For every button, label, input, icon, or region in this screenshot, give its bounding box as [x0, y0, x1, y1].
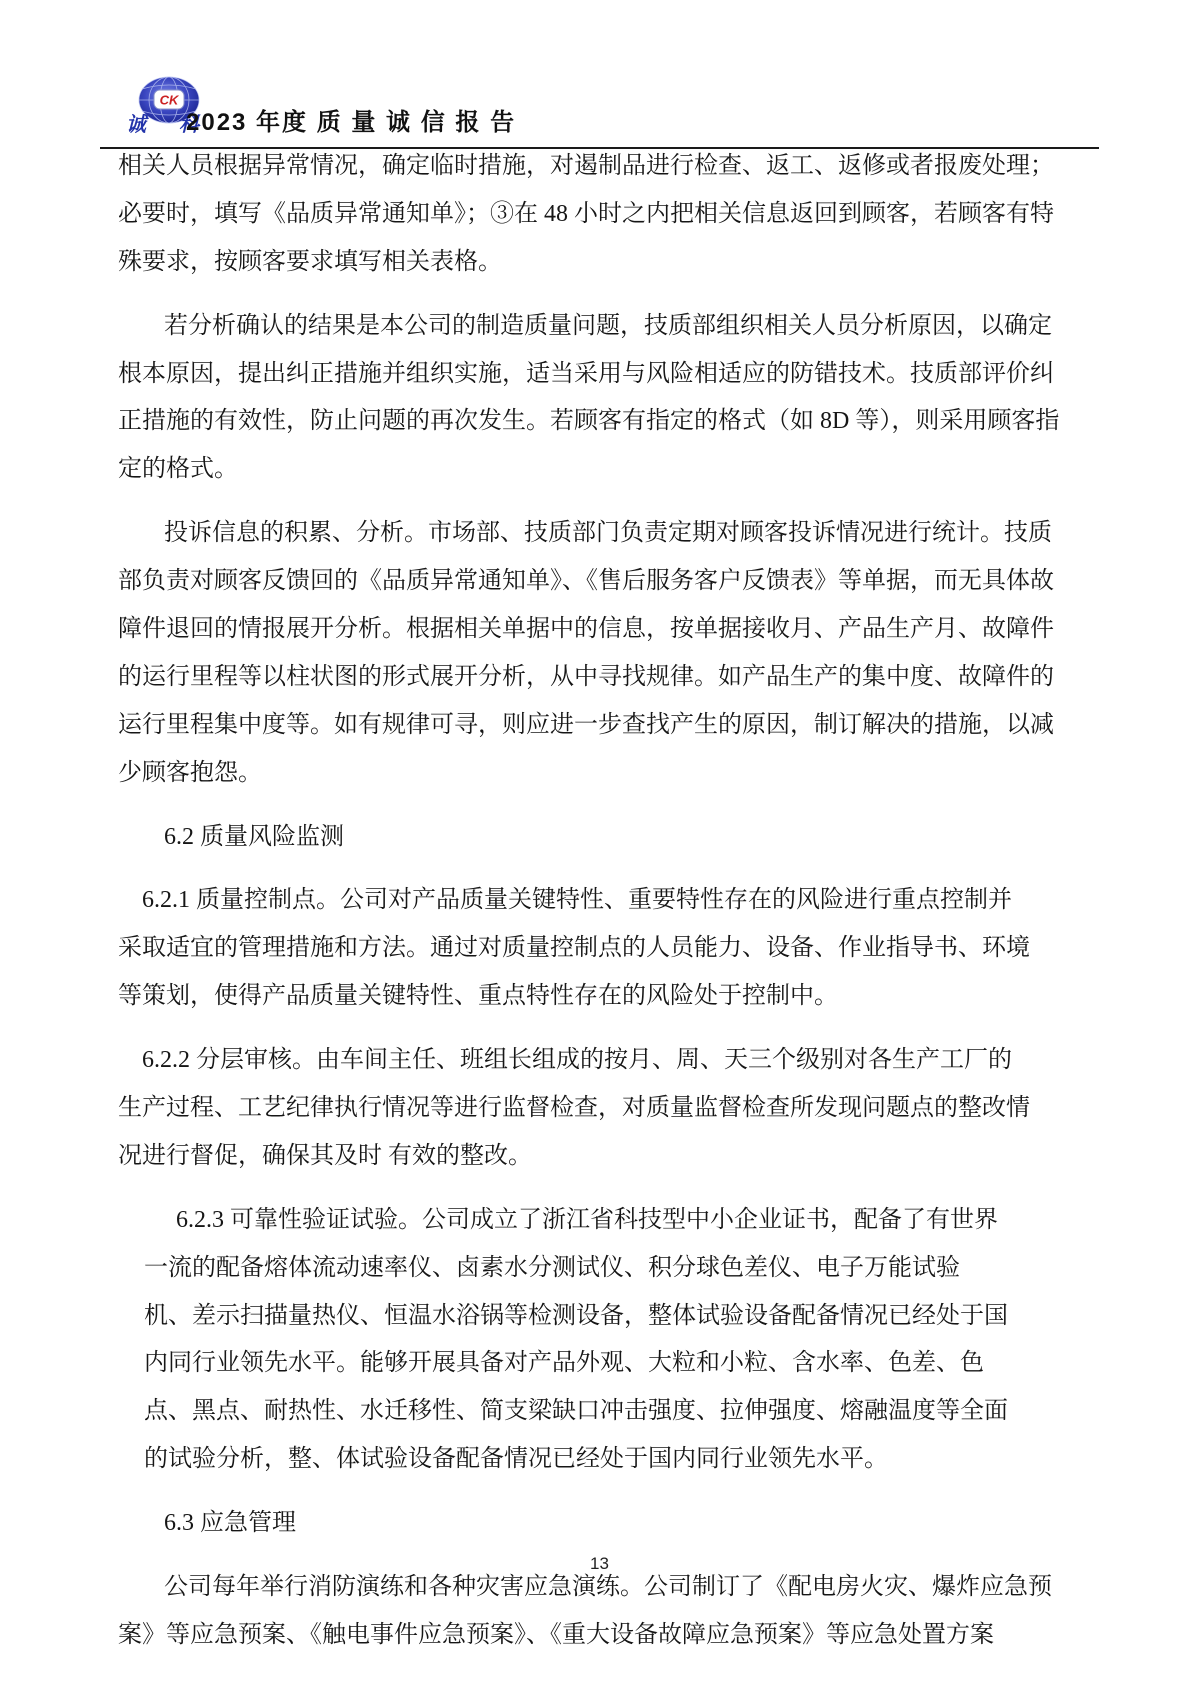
text-line: 运行里程集中度等。如有规律可寻，则应进一步查找产生的原因，制订解决的措施，以减 [118, 702, 1086, 750]
text-line: 障件退回的情报展开分析。根据相关单据中的信息，按单据接收月、产品生产月、故障件 [118, 606, 1086, 654]
text-line: 点、黑点、耐热性、水迁移性、简支梁缺口冲击强度、拉伸强度、熔融温度等全面 [144, 1388, 1053, 1436]
text-line: 的试验分析，整、体试验设备配备情况已经处于国内同行业领先水平。 [144, 1436, 1053, 1484]
text-line: 采取适宜的管理措施和方法。通过对质量控制点的人员能力、设备、作业指导书、环境 [118, 925, 1086, 973]
text-line: 若分析确认的结果是本公司的制造质量问题，技质部组织相关人员分析原因，以确定 [118, 303, 1086, 351]
document-body: 相关人员根据异常情况，确定临时措施，对遏制品进行检查、返工、返修或者报废处理； … [118, 143, 1086, 1676]
page-footer: 13 [0, 1554, 1199, 1574]
logo-monogram: CK [160, 93, 180, 108]
heading-line: 6.2 质量风险监测 [118, 814, 1086, 862]
text-line: 的运行里程等以柱状图的形式展开分析，从中寻找规律。如产品生产的集中度、故障件的 [118, 654, 1086, 702]
text-line: 机、差示扫描量热仪、恒温水浴锅等检测设备，整体试验设备配备情况已经处于国 [144, 1293, 1053, 1341]
text-line: 等策划，使得产品质量关键特性、重点特性存在的风险处于控制中。 [118, 973, 1086, 1021]
text-line: 少顾客抱怨。 [118, 750, 1086, 798]
text-line: 6.2.3 可靠性验证试验。公司成立了浙江省科技型中小企业证书，配备了有世界 [144, 1197, 1053, 1245]
text-line: 部负责对顾客反馈回的《品质异常通知单》、《售后服务客户反馈表》等单据，而无具体故 [118, 558, 1086, 606]
text-line: 根本原因，提出纠正措施并组织实施，适当采用与风险相适应的防错技术。技质部评价纠 [118, 351, 1086, 399]
page-number: 13 [590, 1554, 609, 1573]
text-line: 正措施的有效性，防止问题的再次发生。若顾客有指定的格式（如 8D 等），则采用顾… [118, 398, 1086, 446]
text-line: 一流的配备熔体流动速率仪、卤素水分测试仪、积分球色差仪、电子万能试验 [144, 1245, 1053, 1293]
text-line: 案》等应急预案、《触电事件应急预案》、《重大设备故障应急预案》等应急处置方案 [118, 1612, 1086, 1660]
page-header: CK 诚 科 2023 年度 质 量 诚 信 报 告 [0, 0, 1199, 150]
text-line: 必要时，填写《品质异常通知单》；③在 48 小时之内把相关信息返回到顾客，若顾客… [118, 191, 1086, 239]
text-line: 生产过程、工艺纪律执行情况等进行监督检查，对质量监督检查所发现问题点的整改情 [118, 1085, 1086, 1133]
text-line: 6.2.1 质量控制点。公司对产品质量关键特性、重要特性存在的风险进行重点控制并 [118, 877, 1086, 925]
text-line: 定的格式。 [118, 446, 1086, 494]
heading-line: 6.3 应急管理 [118, 1500, 1086, 1548]
text-line: 况进行督促，确保其及时 有效的整改。 [118, 1133, 1086, 1181]
text-line: 内同行业领先水平。能够开展具备对产品外观、大粒和小粒、含水率、色差、色 [144, 1340, 1053, 1388]
text-line: 6.2.2 分层审核。由车间主任、班组长组成的按月、周、天三个级别对各生产工厂的 [118, 1037, 1086, 1085]
text-line: 投诉信息的积累、分析。市场部、技质部门负责定期对顾客投诉情况进行统计。技质 [118, 510, 1086, 558]
text-line: 相关人员根据异常情况，确定临时措施，对遏制品进行检查、返工、返修或者报废处理； [118, 143, 1086, 191]
page-title: 2023 年度 质 量 诚 信 报 告 [186, 102, 516, 137]
text-line: 殊要求，按顾客要求填写相关表格。 [118, 239, 1086, 287]
